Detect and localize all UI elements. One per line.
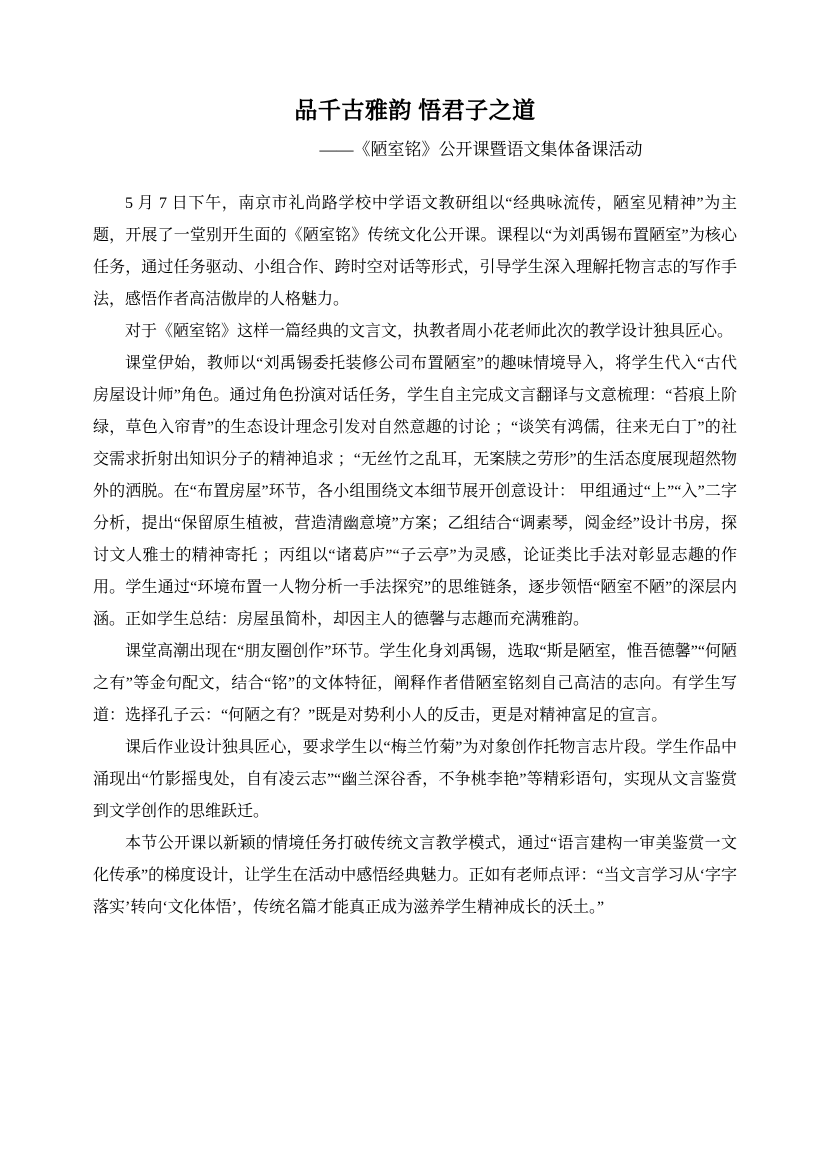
paragraph: 课堂伊始，教师以“刘禹锡委托装修公司布置陋室”的趣味情境导入，将学生代入“古代房… — [93, 348, 737, 636]
paragraph: 课后作业设计独具匠心，要求学生以“梅兰竹菊”为对象创作托物言志片段。学生作品中涌… — [93, 732, 737, 828]
document-subtitle: ——《陋室铭》公开课暨语文集体备课活动 — [225, 138, 737, 162]
body-paragraphs: 5 月 7 日下午，南京市礼尚路学校中学语文教研组以“经典咏流传，陋室见精神”为… — [93, 188, 737, 924]
document-page: 品千古雅韵 悟君子之道 ——《陋室铭》公开课暨语文集体备课活动 5 月 7 日下… — [0, 0, 827, 1170]
paragraph: 对于《陋室铭》这样一篇经典的文言文，执教者周小花老师此次的教学设计独具匠心。 — [93, 316, 737, 348]
paragraph: 课堂高潮出现在“朋友圈创作”环节。学生化身刘禹锡，选取“斯是陋室，惟吾德馨”“何… — [93, 636, 737, 732]
paragraph: 本节公开课以新颖的情境任务打破传统文言教学模式，通过“语言建构一审美鉴赏一文化传… — [93, 828, 737, 924]
paragraph: 5 月 7 日下午，南京市礼尚路学校中学语文教研组以“经典咏流传，陋室见精神”为… — [93, 188, 737, 316]
document-title: 品千古雅韵 悟君子之道 — [93, 96, 737, 126]
